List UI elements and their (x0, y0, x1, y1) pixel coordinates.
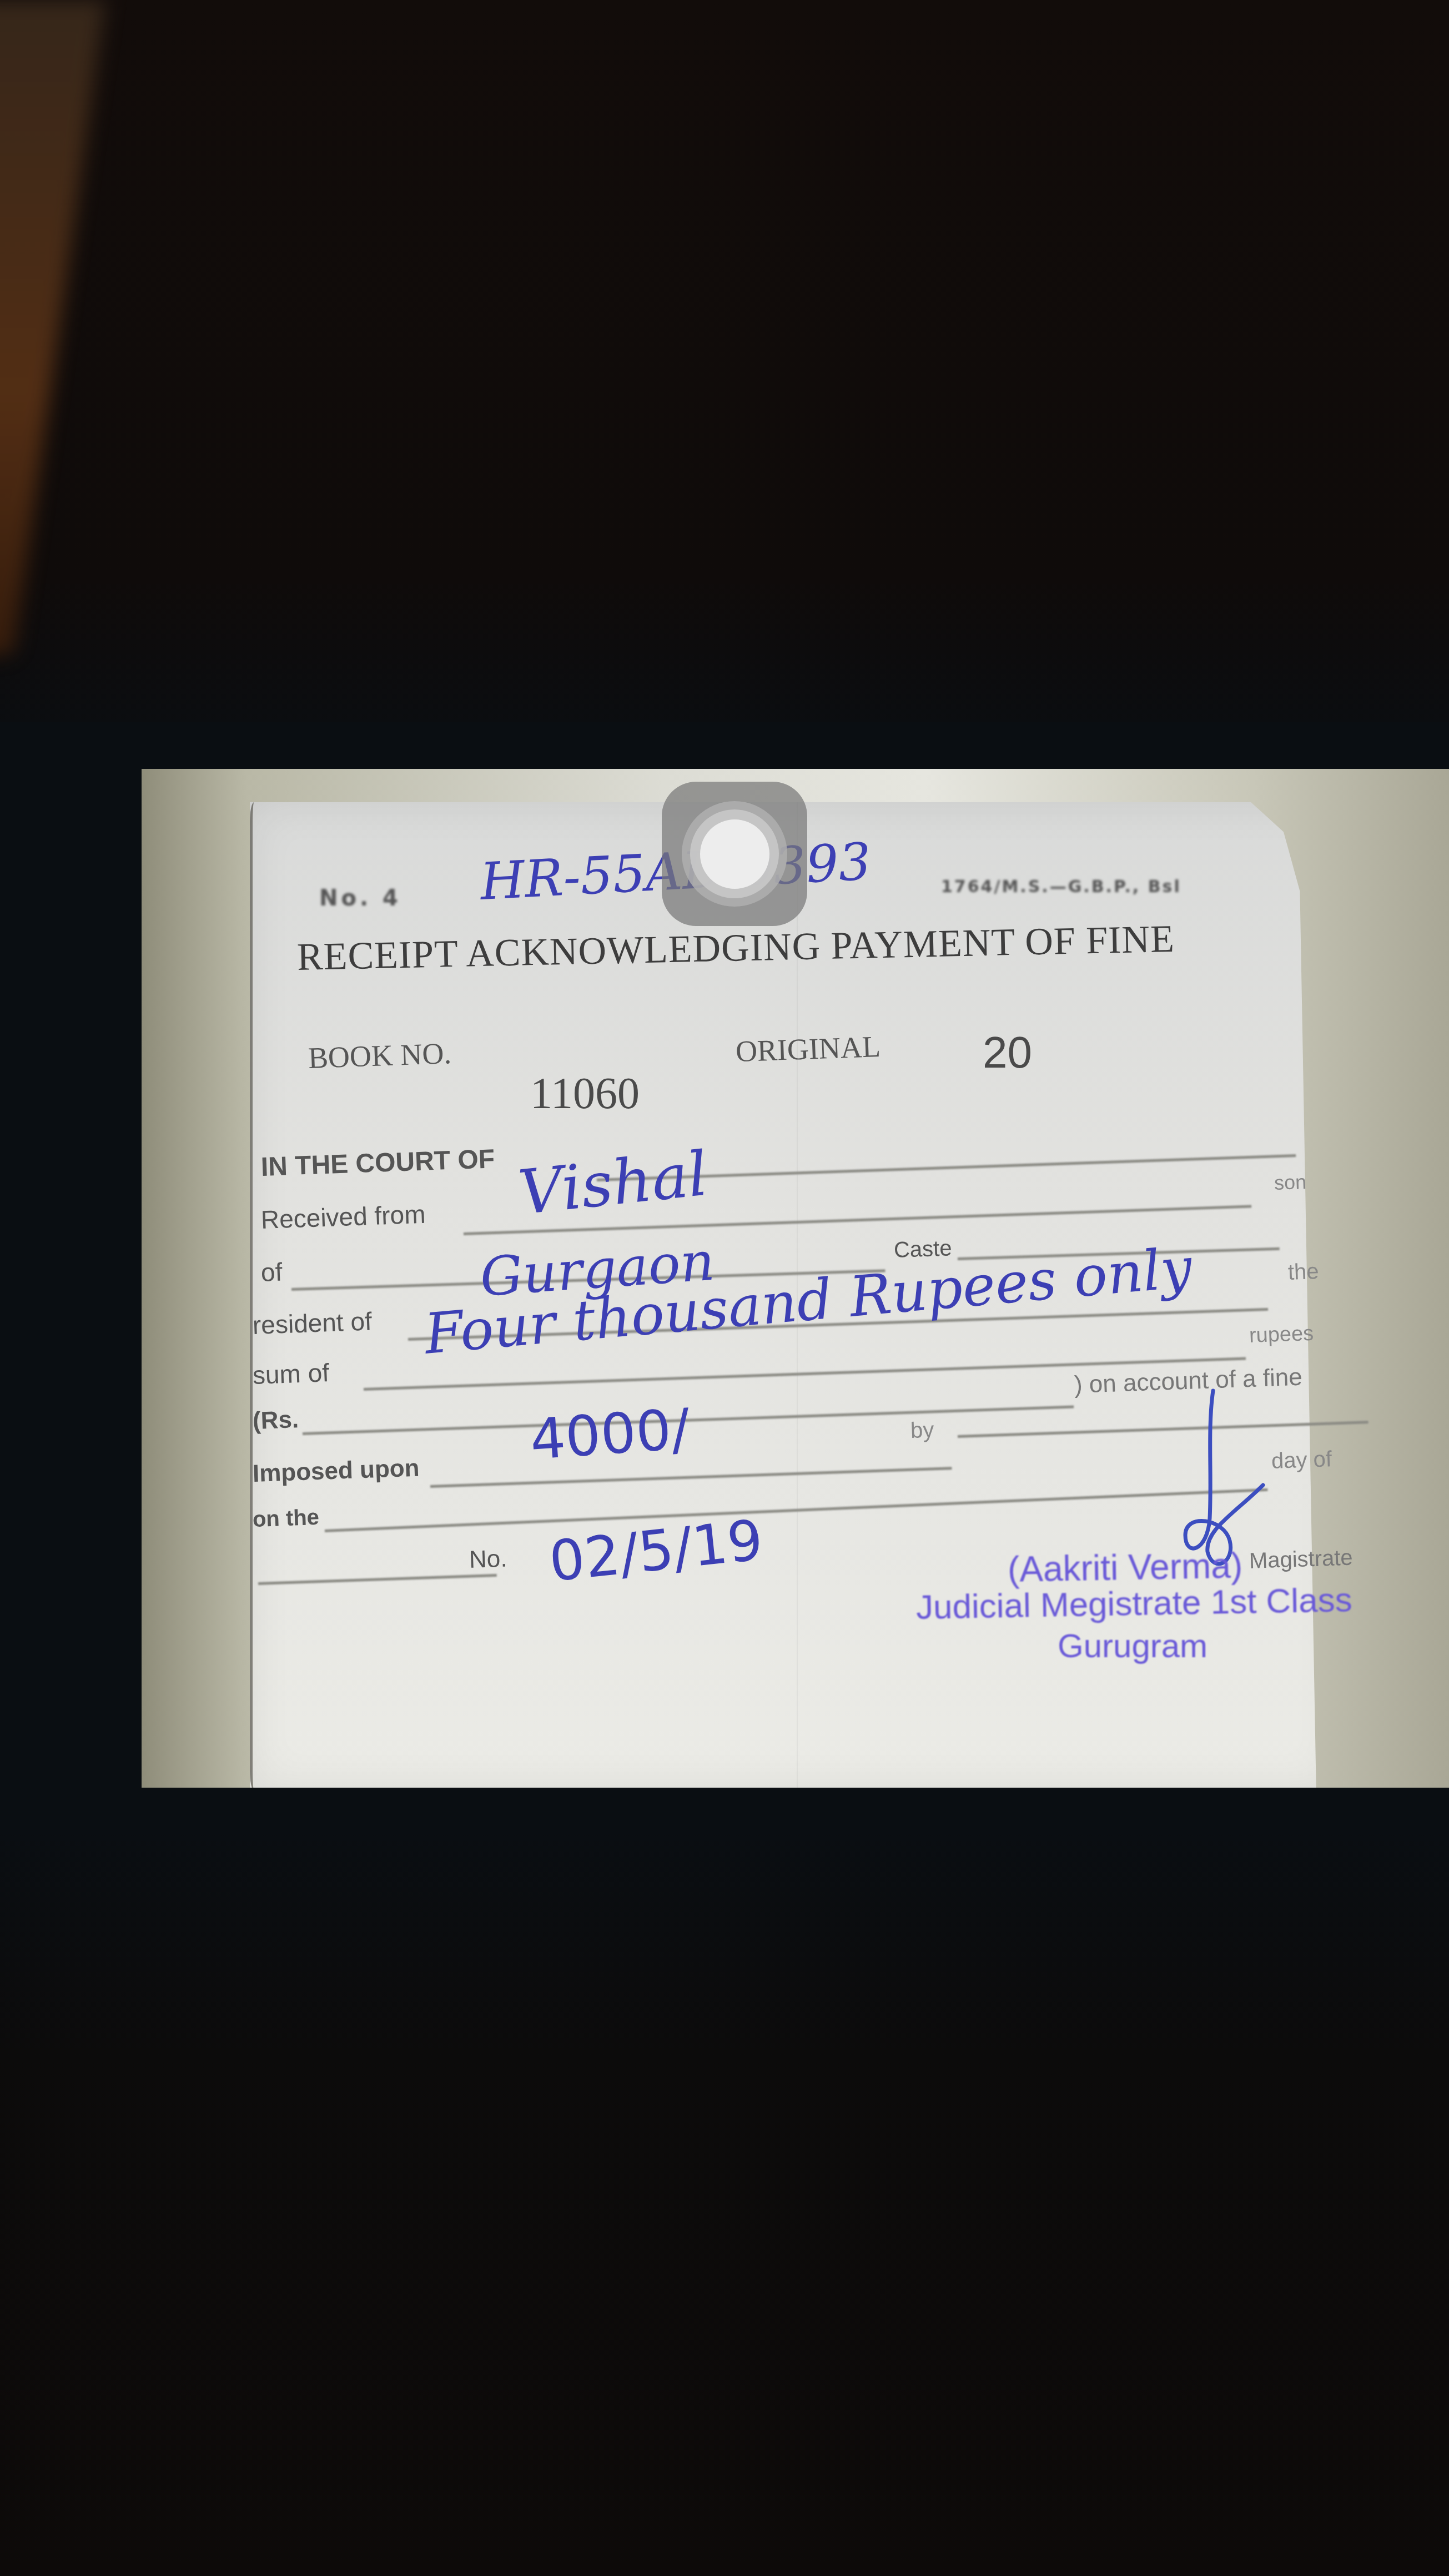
stamp-place: Gurugram (1058, 1627, 1207, 1665)
day-of-label: day of (1271, 1447, 1332, 1474)
amount-value: 4000/ (528, 1396, 692, 1472)
receipt-torn-edge (250, 802, 260, 1788)
of-label: of (260, 1257, 283, 1287)
son-label: son (1274, 1170, 1306, 1195)
on-the-label: on the (252, 1505, 319, 1532)
resident-label: resident of (252, 1306, 373, 1340)
imposed-upon-label: Imposed upon (252, 1455, 420, 1488)
assistive-touch-icon (682, 801, 787, 907)
book-no-label: BOOK NO. (308, 1036, 452, 1075)
assistive-touch-button[interactable] (662, 782, 807, 926)
the-label: the (1287, 1259, 1319, 1285)
background-top (0, 0, 1449, 722)
stamp-suffix: Magistrate (1249, 1545, 1353, 1573)
background-bottom (0, 1832, 1449, 2576)
copy-label: ORIGINAL (735, 1029, 881, 1069)
no-label: No. (469, 1545, 507, 1574)
year-prefix: 20 (983, 1027, 1032, 1078)
rs-label: (Rs. (252, 1406, 299, 1435)
stamp-title: Judicial Megistrate 1st Class (915, 1580, 1352, 1627)
rupees-label: rupees (1249, 1322, 1314, 1348)
by-label: by (910, 1418, 934, 1443)
photo-viewer-screen: No. 4 HR-55AD-0393 1764/M.S.—G.B.P., Bsl… (142, 769, 1449, 1788)
book-no-value: 11060 (530, 1069, 640, 1119)
received-from-label: Received from (260, 1199, 426, 1235)
printer-reference: 1764/M.S.—G.B.P., Bsl (941, 877, 1181, 897)
serial-prefix: No. 4 (319, 885, 401, 911)
sum-label: sum of (252, 1357, 330, 1390)
